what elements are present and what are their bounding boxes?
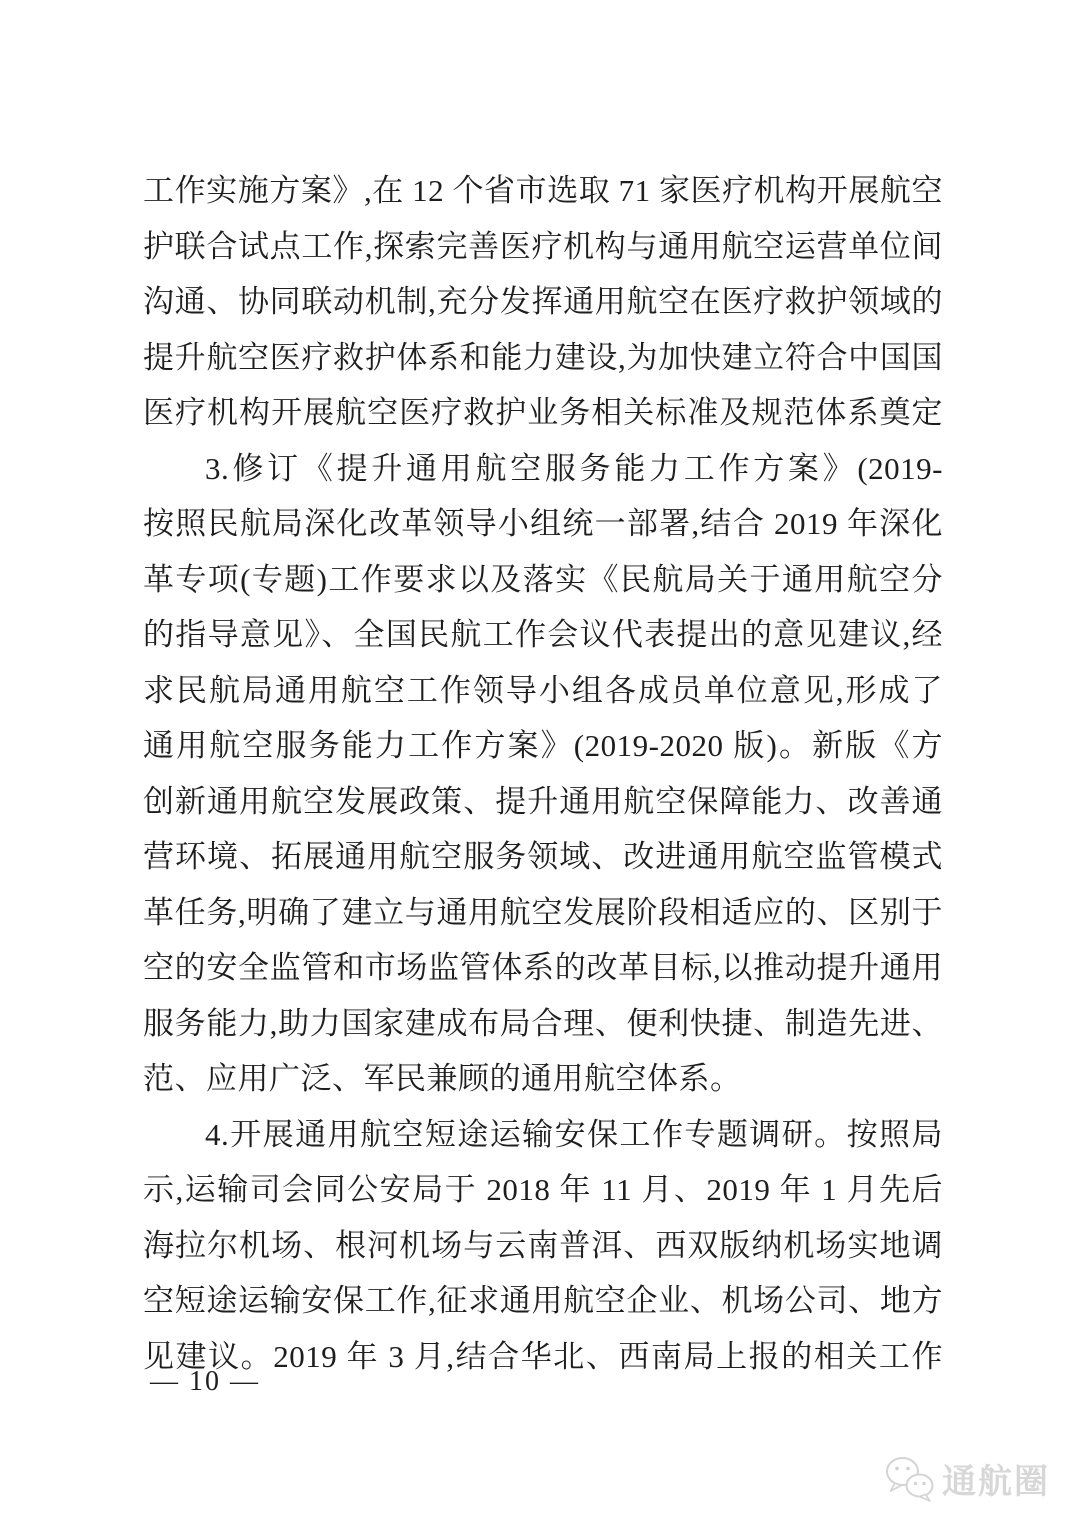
- text-line: 求民航局通用航空工作领导小组各成员单位意见,形成了《提升: [143, 663, 943, 719]
- text-line: 的指导意见》、全国民航工作会议代表提出的意见建议,经充分征: [143, 607, 943, 663]
- paragraph-1: 工作实施方案》,在 12 个省市选取 71 家医疗机构开展航空医疗救 护联合试点…: [143, 163, 943, 441]
- document-body: 工作实施方案》,在 12 个省市选取 71 家医疗机构开展航空医疗救 护联合试点…: [143, 163, 943, 1384]
- text-line: 服务能力,助力国家建成布局合理、便利快捷、制造先进、安全规: [143, 996, 943, 1052]
- watermark-label: 通航圈: [942, 1454, 1050, 1503]
- text-line: 提升航空医疗救护体系和能力建设,为加快建立符合中国国情的: [143, 330, 943, 386]
- text-line: 通用航空服务能力工作方案》(2019-2020 版)。新版《方案》包括: [143, 718, 943, 774]
- text-line: 革任务,明确了建立与通用航空发展阶段相适应的、区别于运输航: [143, 885, 943, 941]
- text-line: 护联合试点工作,探索完善医疗机构与通用航空运营单位间信息: [143, 219, 943, 275]
- text-line: 范、应用广泛、军民兼顾的通用航空体系。: [143, 1051, 943, 1107]
- paragraph-3: 4.开展通用航空短途运输安保工作专题调研。按照局领导指 示,运输司会同公安局于 …: [143, 1107, 943, 1385]
- text-line: 3.修订《提升通用航空服务能力工作方案》(2019-2020 版)。: [143, 441, 943, 497]
- wechat-icon: [885, 1456, 935, 1502]
- text-line: 空短途运输安保工作,征求通用航空企业、机场公司、地方政府意: [143, 1273, 943, 1329]
- text-line: 见建议。2019 年 3 月,结合华北、西南局上报的相关工作报告,向: [143, 1329, 943, 1385]
- text-line: 工作实施方案》,在 12 个省市选取 71 家医疗机构开展航空医疗救: [143, 163, 943, 219]
- text-line: 沟通、协同联动机制,充分发挥通用航空在医疗救护领域的作用,: [143, 274, 943, 330]
- text-line: 空的安全监管和市场监管体系的改革目标,以推动提升通用航空: [143, 940, 943, 996]
- text-line: 4.开展通用航空短途运输安保工作专题调研。按照局领导指: [143, 1107, 943, 1163]
- text-line: 创新通用航空发展政策、提升通用航空保障能力、改善通用航空运: [143, 774, 943, 830]
- document-page: 工作实施方案》,在 12 个省市选取 71 家医疗机构开展航空医疗救 护联合试点…: [0, 0, 1080, 1527]
- text-line: 海拉尔机场、根河机场与云南普洱、西双版纳机场实地调研通用航: [143, 1218, 943, 1274]
- watermark: 通航圈: [885, 1454, 1050, 1503]
- text-line: 革专项(专题)工作要求以及落实《民航局关于通用航空分类管理: [143, 552, 943, 608]
- text-line: 营环境、拓展通用航空服务领域、改进通用航空监管模式等五大改: [143, 829, 943, 885]
- text-line: 按照民航局深化改革领导小组统一部署,结合 2019 年深化民航改: [143, 496, 943, 552]
- paragraph-2: 3.修订《提升通用航空服务能力工作方案》(2019-2020 版)。 按照民航局…: [143, 441, 943, 1107]
- text-line: 示,运输司会同公安局于 2018 年 11 月、2019 年 1 月先后赴内蒙古: [143, 1162, 943, 1218]
- page-number: — 10 —: [150, 1366, 260, 1398]
- text-line: 医疗机构开展航空医疗救护业务相关标准及规范体系奠定基础。: [143, 385, 943, 441]
